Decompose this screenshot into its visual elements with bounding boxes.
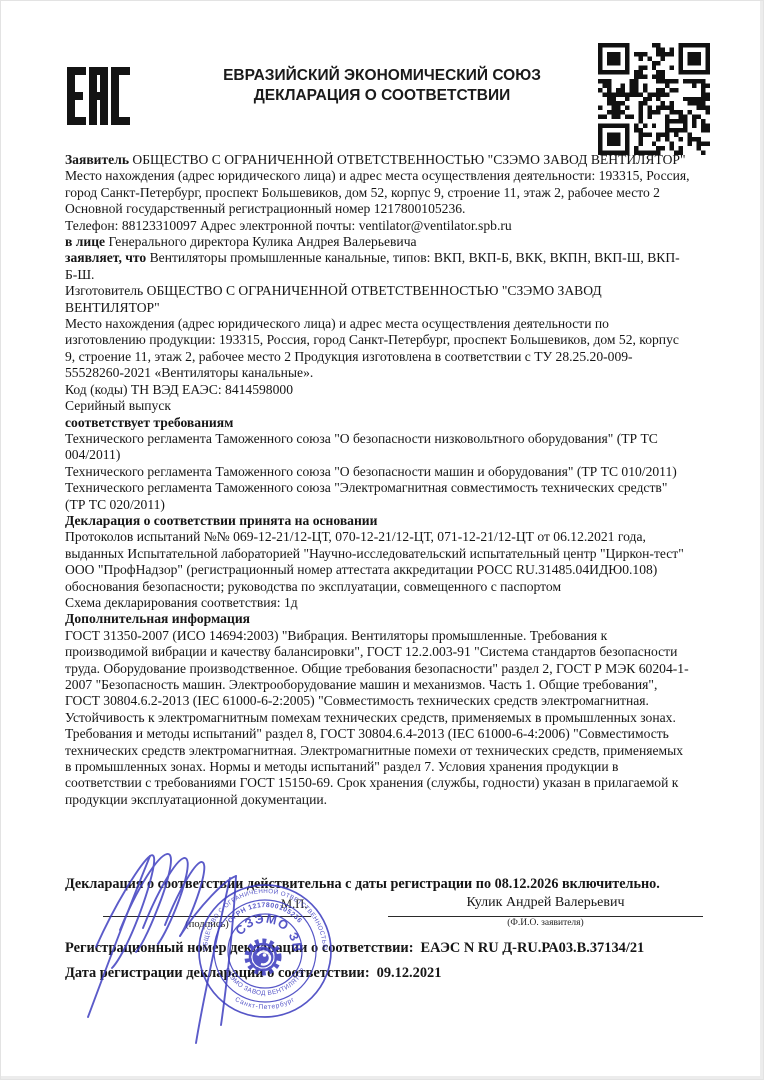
declarant-name: Кулик Андрей Валерьевич <box>388 895 703 911</box>
registration-date-value: 09.12.2021 <box>377 965 442 981</box>
paragraph-regulation-020: Технического регламента Таможенного союз… <box>65 480 690 513</box>
paragraph-ogrn: Основной государственный регистрационный… <box>65 201 690 217</box>
paragraph-represented-by: в лице Генерального директора Кулика Анд… <box>65 234 690 250</box>
paragraph-regulation-010: Технического регламента Таможенного союз… <box>65 464 690 480</box>
paragraph-tnved-code: Код (коды) ТН ВЭД ЕАЭС: 8414598000 <box>65 382 690 398</box>
paragraph-safety-docs: обоснования безопасности; руководства по… <box>65 579 690 595</box>
paragraph-regulation-004: Технического регламента Таможенного союз… <box>65 431 690 464</box>
name-line <box>388 916 703 917</box>
stamp-gear-fan-icon <box>248 942 278 972</box>
title-line-declaration: ДЕКЛАРАЦИЯ О СООТВЕТСТВИИ <box>150 86 614 106</box>
paragraph-manufacturer-address: Место нахождения (адрес юридического лиц… <box>65 316 690 382</box>
paragraph-scheme: Схема декларирования соответствия: 1д <box>65 595 690 611</box>
paragraph-applicant: Заявитель ОБЩЕСТВО С ОГРАНИЧЕННОЙ ОТВЕТС… <box>65 152 690 168</box>
qr-code-icon <box>598 43 710 155</box>
registration-number-value: ЕАЭС N RU Д-RU.РА03.В.37134/21 <box>421 940 645 956</box>
registration-date-line: Дата регистрации декларации о соответств… <box>65 965 725 982</box>
company-stamp: ОБЩЕСТВО С ОГРАНИЧЕННОЙ ОТВЕТСТВЕННОСТЬЮ… <box>190 876 340 1026</box>
document-title: ЕВРАЗИЙСКИЙ ЭКОНОМИЧЕСКИЙ СОЮЗ ДЕКЛАРАЦИ… <box>150 66 614 106</box>
registration-number-line: Регистрационный номер декларации о соотв… <box>65 940 725 957</box>
heading-conforms: соответствует требованиям <box>65 415 690 431</box>
declarant-name-caption: (Ф.И.О. заявителя) <box>388 918 703 928</box>
declaration-document: ЕВРАЗИЙСКИЙ ЭКОНОМИЧЕСКИЙ СОЮЗ ДЕКЛАРАЦИ… <box>0 0 764 1080</box>
paragraph-protocols: Протоколов испытаний №№ 069-12-21/12-ЦТ,… <box>65 529 690 578</box>
heading-additional-info: Дополнительная информация <box>65 611 690 627</box>
paragraph-declares: заявляет, что Вентиляторы промышленные к… <box>65 250 690 283</box>
paragraph-manufacturer: Изготовитель ОБЩЕСТВО С ОГРАНИЧЕННОЙ ОТВ… <box>65 283 690 316</box>
paragraph-contacts: Телефон: 88123310097 Адрес электронной п… <box>65 218 690 234</box>
stamp-outer-bottom-text: Санкт-Петербург <box>234 996 297 1011</box>
applicant-label: Заявитель <box>65 152 129 167</box>
declares-text: Вентиляторы промышленные канальные, типо… <box>65 250 680 281</box>
declaration-body: Заявитель ОБЩЕСТВО С ОГРАНИЧЕННОЙ ОТВЕТС… <box>65 152 690 808</box>
svg-text:Санкт-Петербург: Санкт-Петербург <box>234 996 297 1011</box>
heading-basis: Декларация о соответствии принята на осн… <box>65 513 690 529</box>
applicant-text: ОБЩЕСТВО С ОГРАНИЧЕННОЙ ОТВЕТСТВЕННОСТЬЮ… <box>129 152 685 167</box>
title-line-union: ЕВРАЗИЙСКИЙ ЭКОНОМИЧЕСКИЙ СОЮЗ <box>150 66 614 86</box>
represented-by-text: Генерального директора Кулика Андрея Вал… <box>105 234 417 249</box>
represented-by-label: в лице <box>65 234 105 249</box>
validity-statement: Декларация о соответствии действительна … <box>65 876 705 893</box>
paragraph-applicant-address: Место нахождения (адрес юридического лиц… <box>65 168 690 201</box>
declares-label: заявляет, что <box>65 250 146 265</box>
paragraph-serial: Серийный выпуск <box>65 398 690 414</box>
eac-mark-icon <box>67 67 130 125</box>
paragraph-additional-info: ГОСТ 31350-2007 (ИСО 14694:2003) "Вибрац… <box>65 628 690 808</box>
